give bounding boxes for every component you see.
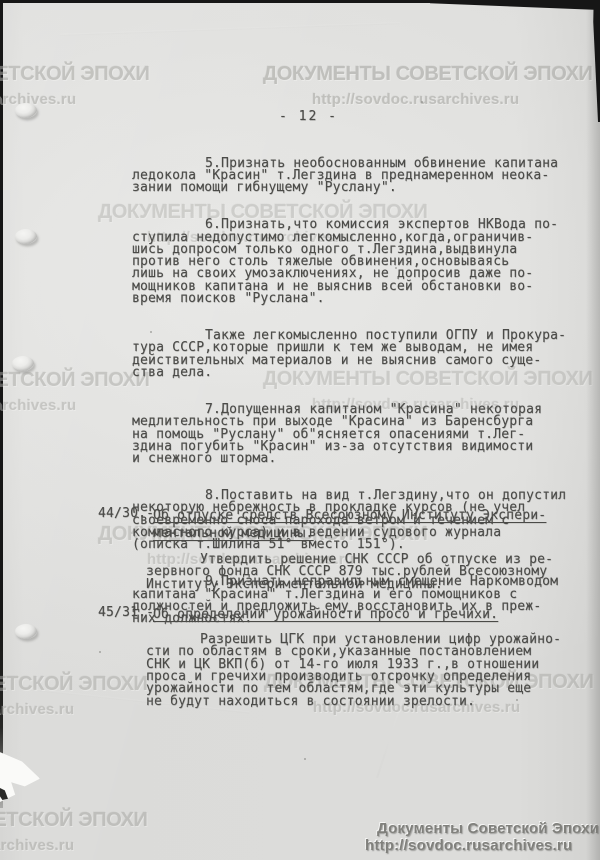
footer-watermark-url: http://sovdoc.rusarchives.ru [365,837,599,854]
watermark-phrase: ДОКУМЕНТЫ СОВЕТСКОЙ ЭПОХИ [0,370,150,390]
section-44-30-title: Об отпуске средств Всесоюзному Институту… [153,507,546,542]
section-44-30-number: 44/30.- [98,508,154,520]
scanned-document-page: ДОКУМЕНТЫ СОВЕТСКОЙ ЭПОХИ http://sovdoc.… [0,0,600,860]
watermark-phrase: ДОКУМЕНТЫ СОВЕТСКОЙ ЭПОХИ [0,810,148,830]
paragraph-7: 7.Допущенная капитаном "Красина" некотор… [132,404,552,466]
watermark-phrase: ДОКУМЕНТЫ СОВЕТСКОЙ ЭПОХИ [0,64,150,84]
section-45-31-title: Об определении урожайности просо и гречи… [153,606,498,624]
archive-watermark-stamp: ДОКУМЕНТЫ СОВЕТСКОЙ ЭПОХИ http://sovdoc.… [0,64,150,107]
dust-speck [304,758,306,760]
paper-crease [60,22,400,36]
footer-watermark-phrase: Документы Советской Эпохи [365,820,599,837]
archive-watermark-stamp: ДОКУМЕНТЫ СОВЕТСКОЙ ЭПОХИ http://sovdoc.… [0,810,148,853]
dust-speck [150,331,152,333]
watermark-url: http://sovdoc.rusarchives.ru [312,92,600,107]
paper-right-shadow [586,0,600,860]
paragraph-5: 5.Признать необоснованным обвинение капи… [132,158,552,195]
archive-watermark-stamp: ДОКУМЕНТЫ СОВЕТСКОЙ ЭПОХИ http://sovdoc.… [0,370,150,413]
archive-watermark-stamp: ДОКУМЕНТЫ СОВЕТСКОЙ ЭПОХИ http://sovdoc.… [0,674,148,717]
punch-hole [15,624,37,639]
punch-hole [15,229,37,244]
scan-edge-left [0,0,3,808]
footer-watermark: Документы Советской Эпохи http://sovdoc.… [365,820,599,854]
punch-hole [15,103,37,118]
scan-edge-top-right [430,0,600,10]
paragraph-6: 6.Признать,что комиссия экспертов НКВода… [132,219,552,305]
scan-edge-top [0,0,437,3]
dust-speck [233,592,236,594]
dust-speck [99,651,101,653]
section-44-30-body: Утвердить решение СНК СССР об отпуске из… [146,554,553,591]
page-number: - 12 - [279,111,338,123]
paragraph-6-continuation: Также легкомысленно поступили ОГПУ и Про… [132,330,552,379]
dust-speck [421,101,423,103]
section-45-31-number: 45/31.- [98,607,154,619]
watermark-phrase: ДОКУМЕНТЫ СОВЕТСКОЙ ЭПОХИ [263,64,593,84]
archive-watermark-stamp: ДОКУМЕНТЫ СОВЕТСКОЙ ЭПОХИ http://sovdoc.… [263,64,593,107]
dust-speck [395,267,397,269]
punch-hole [12,356,34,371]
watermark-url: http://sovdoc.rusarchives.ru [0,838,197,853]
dust-speck [188,607,190,609]
watermark-phrase: ДОКУМЕНТЫ СОВЕТСКОЙ ЭПОХИ [0,674,148,694]
section-45-31-body: Разрешить ЦГК при установлении цифр урож… [146,634,561,708]
dust-speck [516,699,518,701]
